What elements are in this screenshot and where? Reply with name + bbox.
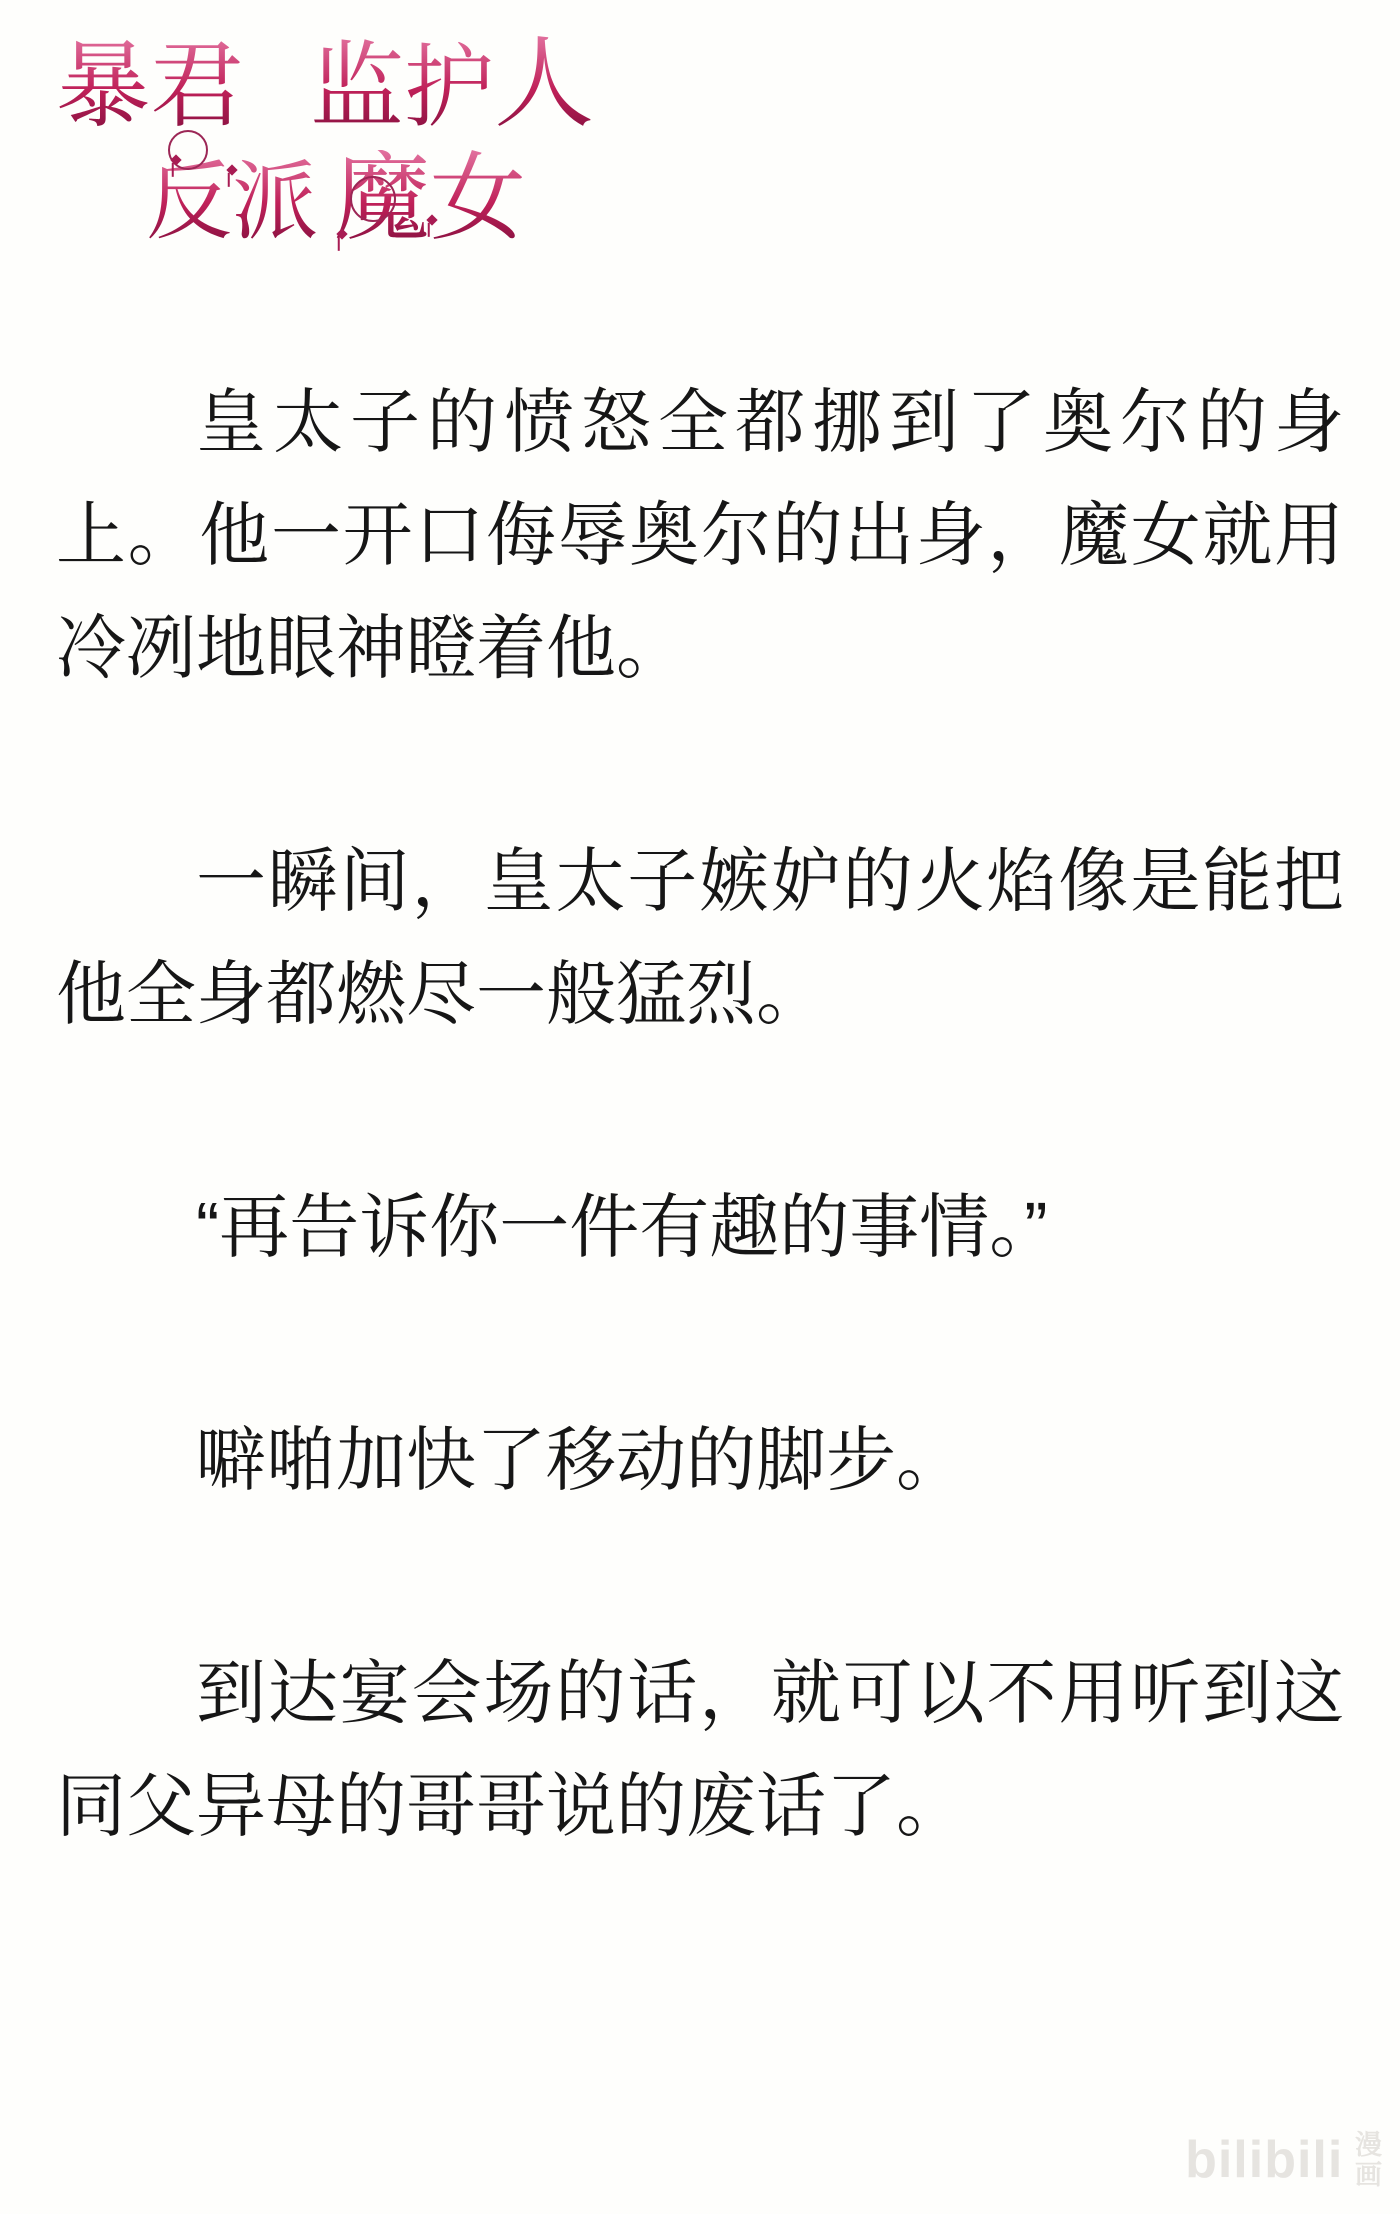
paragraph: 一瞬间，皇太子嫉妒的火焰像是能把他全身都燃尽一般猛烈。 bbox=[56, 825, 1344, 1051]
logo-character: 君 bbox=[150, 40, 244, 134]
paragraph: 皇太子的愤怒全都挪到了奥尔的身上。他一开口侮辱奥尔的出身，魔女就用冷冽地眼神瞪着… bbox=[56, 366, 1344, 705]
logo-character: 魔 bbox=[334, 150, 430, 246]
text-line: 噼啪加快了移动的脚步。 bbox=[56, 1404, 1344, 1517]
paragraph: 到达宴会场的话，就可以不用听到这同父异母的哥哥说的废话了。 bbox=[56, 1637, 1344, 1863]
paragraph: “再告诉你一件有趣的事情。” bbox=[56, 1171, 1344, 1284]
bilibili-logo-text: bilibili bbox=[1185, 2134, 1343, 2186]
logo-character: 监 bbox=[310, 40, 404, 134]
text-line: 到达宴会场的话，就可以不用听到这 bbox=[56, 1637, 1344, 1750]
text-line: 皇太子的愤怒全都挪到了奥尔的身 bbox=[56, 366, 1344, 479]
logo-character: 暴 bbox=[56, 40, 150, 134]
logo-character: 护 bbox=[404, 43, 494, 133]
bilibili-watermark: bilibili 漫画 bbox=[1185, 2130, 1380, 2190]
body-text: 皇太子的愤怒全都挪到了奥尔的身上。他一开口侮辱奥尔的出身，魔女就用冷冽地眼神瞪着… bbox=[56, 366, 1344, 1983]
comic-text-page: 暴君的监护人 是反派魔女 皇太子的愤怒全都挪到了奥尔的身上。他一开口侮辱奥尔的出… bbox=[0, 0, 1400, 2214]
text-line: 上。他一开口侮辱奥尔的出身，魔女就用 bbox=[56, 479, 1344, 592]
text-line: 一瞬间，皇太子嫉妒的火焰像是能把 bbox=[56, 825, 1344, 938]
text-line: 他全身都燃尽一般猛烈。 bbox=[56, 938, 1344, 1051]
logo-character: 女 bbox=[430, 150, 526, 246]
text-line: “再告诉你一件有趣的事情。” bbox=[56, 1171, 1344, 1284]
text-line: 同父异母的哥哥说的废话了。 bbox=[56, 1750, 1344, 1863]
manhua-label: 漫画 bbox=[1350, 2130, 1380, 2190]
logo-character: 的 bbox=[247, 84, 307, 144]
logo-character: 是 bbox=[82, 174, 146, 238]
logo-character: 人 bbox=[494, 34, 594, 134]
logo-character: 反 bbox=[146, 159, 232, 245]
text-line: 冷冽地眼神瞪着他。 bbox=[56, 592, 1344, 705]
series-logo: 暴君的监护人 是反派魔女 bbox=[56, 34, 594, 246]
series-title-line2: 是反派魔女 bbox=[82, 150, 594, 246]
series-title-line1: 暴君的监护人 bbox=[56, 34, 594, 134]
paragraph: 噼啪加快了移动的脚步。 bbox=[56, 1404, 1344, 1517]
logo-character: 派 bbox=[232, 159, 318, 245]
